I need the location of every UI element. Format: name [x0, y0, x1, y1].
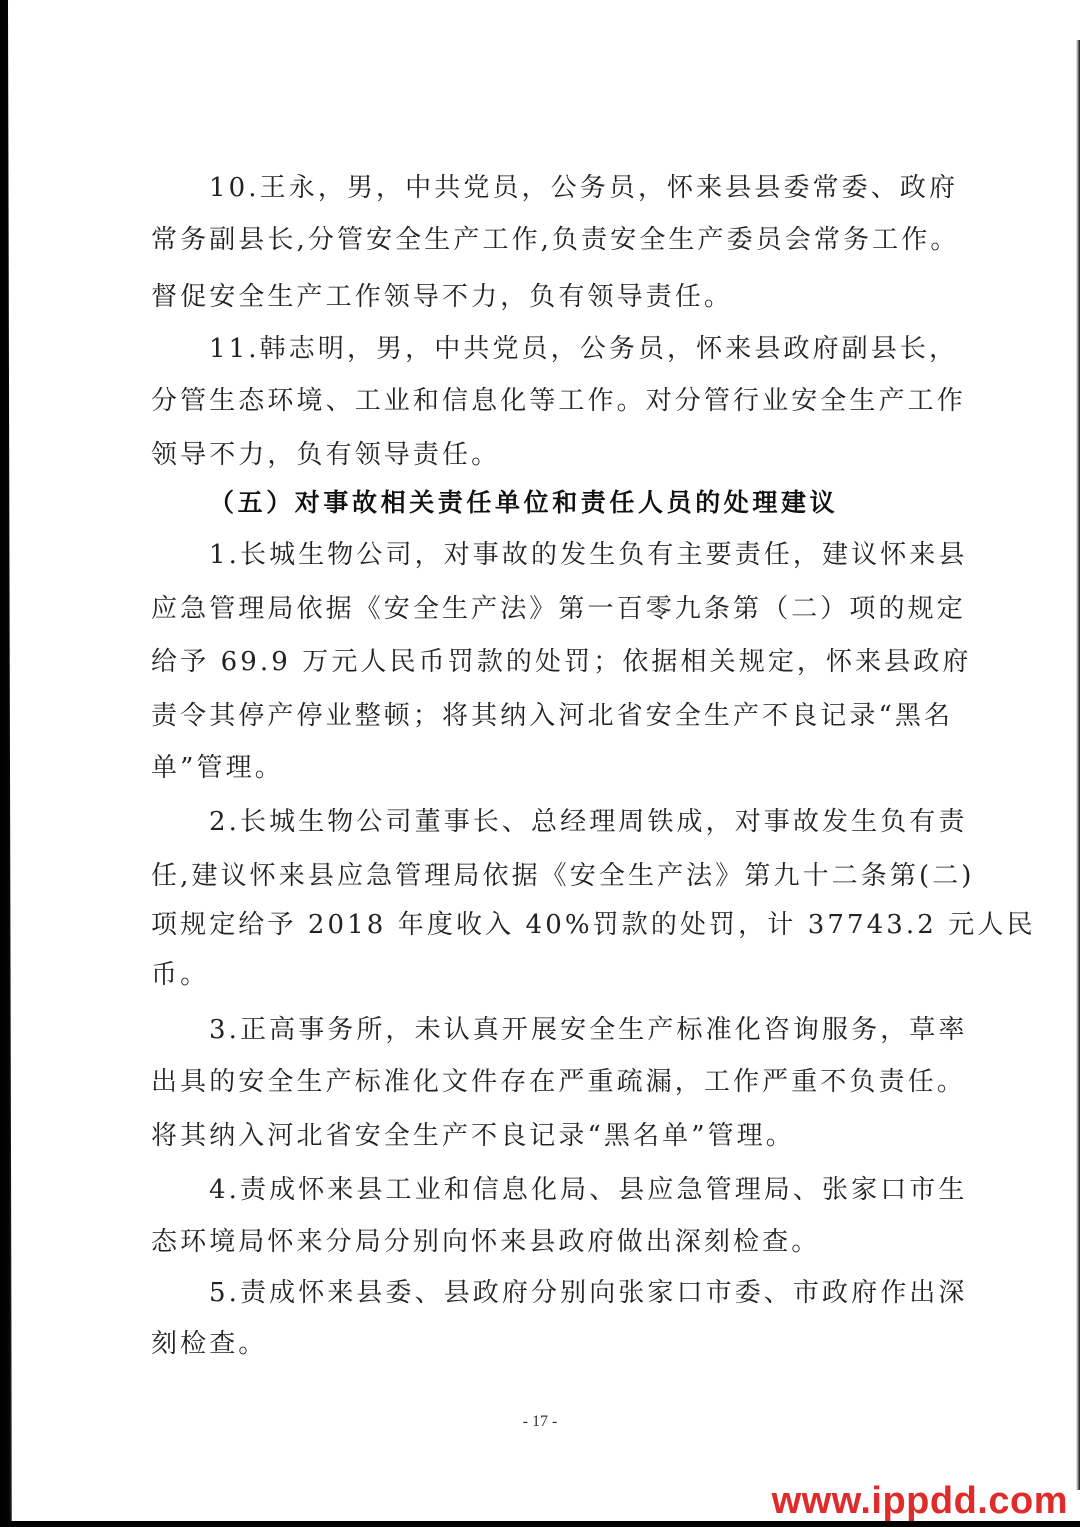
item-3-line-2: 出具的安全生产标准化文件存在严重疏漏，工作严重不负责任。: [151, 1062, 966, 1102]
item-3-line-1: 3.正高事务所，未认真开展安全生产标准化咨询服务，草率: [209, 1010, 968, 1050]
scan-border-right: [1076, 40, 1080, 1490]
item-1-line-3: 给予 69.9 万元人民币罚款的处罚；依据相关规定，怀来县政府: [151, 642, 972, 682]
item-2-line-2: 任,建议怀来县应急管理局依据《安全生产法》第九十二条第(二): [151, 856, 975, 896]
paragraph-11-line-2: 分管生态环境、工业和信息化等工作。对分管行业安全生产工作: [151, 381, 966, 421]
paragraph-11-line-3: 领导不力，负有领导责任。: [151, 435, 500, 475]
item-4-line-1: 4.责成怀来县工业和信息化局、县应急管理局、张家口市生: [209, 1170, 968, 1210]
item-1-line-2: 应急管理局依据《安全生产法》第一百零九条第（二）项的规定: [151, 589, 966, 629]
item-2-line-1: 2.长城生物公司董事长、总经理周铁成，对事故发生负有责: [209, 802, 968, 842]
paragraph-10-line-2: 常务副县长,分管安全生产工作,负责安全生产委员会常务工作。: [151, 220, 959, 260]
item-3-line-3: 将其纳入河北省安全生产不良记录“黑名单”管理。: [151, 1116, 795, 1156]
item-2-line-3: 项规定给予 2018 年度收入 40%罚款的处罚，计 37743.2 元人民: [151, 905, 1036, 945]
item-2-line-4: 币。: [151, 955, 209, 995]
scan-border-left: [0, 0, 12, 1527]
item-4-line-2: 态环境局怀来分局分别向怀来县政府做出深刻检查。: [151, 1222, 820, 1262]
item-5-line-1: 5.责成怀来县委、县政府分别向张家口市委、市政府作出深: [209, 1273, 968, 1313]
paragraph-11-line-1: 11.韩志明，男，中共党员，公务员，怀来县政府副县长，: [209, 329, 958, 369]
page-number: - 17 -: [0, 1413, 1080, 1431]
item-1-line-4: 责令其停产停业整顿；将其纳入河北省安全生产不良记录“黑名: [151, 696, 953, 736]
paragraph-10-line-1: 10.王永，男，中共党员，公务员，怀来县县委常委、政府: [209, 168, 958, 208]
item-5-line-2: 刻检查。: [151, 1324, 267, 1364]
item-1-line-5: 单”管理。: [151, 748, 284, 788]
paragraph-10-line-3: 督促安全生产工作领导不力，负有领导责任。: [151, 277, 733, 317]
item-1-line-1: 1.长城生物公司，对事故的发生负有主要责任，建议怀来县: [209, 535, 968, 575]
section-heading: （五）对事故相关责任单位和责任人员的处理建议: [209, 483, 838, 523]
site-watermark: www.ippdd.com: [772, 1480, 1068, 1523]
